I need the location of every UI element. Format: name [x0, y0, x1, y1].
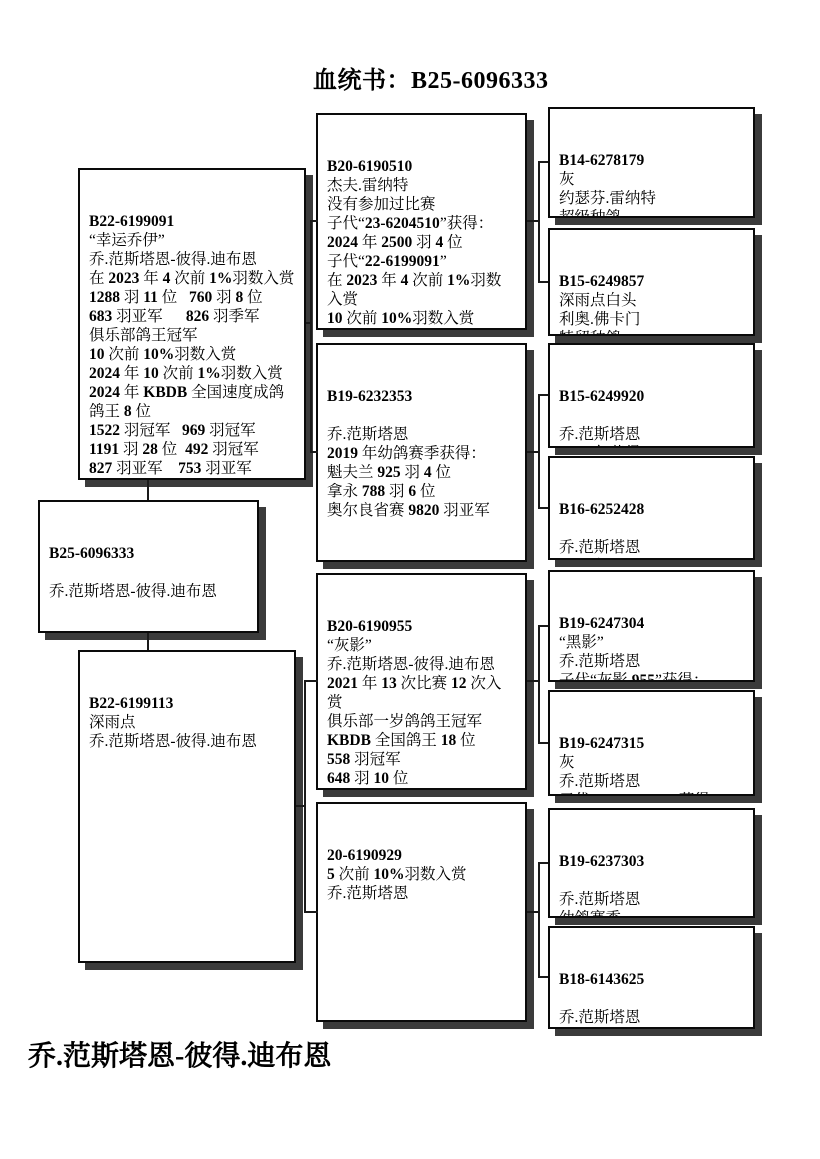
box-text: B20-6190955“灰影”乔.范斯塔恩-彼得.迪布恩2021 年 13 次比… — [327, 617, 516, 790]
pedigree-box-dam: B22-6199113深雨点乔.范斯塔恩-彼得.迪布恩 — [78, 650, 296, 963]
box-text: B22-6199113深雨点乔.范斯塔恩-彼得.迪布恩 — [89, 694, 285, 751]
box-text: B22-6199091“幸运乔伊”乔.范斯塔恩-彼得.迪布恩在 2023 年 4… — [89, 212, 295, 480]
pedigree-box-sire: B22-6199091“幸运乔伊”乔.范斯塔恩-彼得.迪布恩在 2023 年 4… — [78, 168, 306, 480]
connector-sire-to-subject — [147, 480, 149, 500]
connector-sd-dam-stub — [538, 507, 548, 509]
connector-dd-bracket — [538, 862, 540, 978]
connector-sire-dam-stub — [310, 451, 318, 453]
connector-ss-sire-stub — [538, 161, 548, 163]
pedigree-box-sd-dam: B16-6252428 乔.范斯塔恩2016 年 2864 羽亚军 — [548, 456, 755, 560]
connector-dam-sire-stub — [304, 680, 318, 682]
loft-name: 乔.范斯塔恩-彼得.迪布恩 — [28, 1034, 331, 1074]
box-text: B14-6278179灰约瑟芬.雷纳特超级种鸽 — [559, 151, 744, 218]
box-text: B19-6247315灰乔.范斯塔恩子代“20-6190955”获得：KBDB … — [559, 734, 744, 796]
connector-dd-sire-stub — [538, 862, 548, 864]
connector-sire-bracket — [310, 220, 312, 453]
pedigree-box-sd-sire: B15-6249920 乔.范斯塔恩2016 年获得：拿永 1245 羽冠军拿永… — [548, 343, 755, 448]
connector-subject-to-dam — [147, 633, 149, 650]
pedigree-box-dam-sire: B20-6190955“灰影”乔.范斯塔恩-彼得.迪布恩2021 年 13 次比… — [316, 573, 527, 790]
box-text: B16-6252428 乔.范斯塔恩2016 年 2864 羽亚军 — [559, 500, 744, 560]
pedigree-box-sire-dam: B19-6232353 乔.范斯塔恩2019 年幼鸽赛季获得：魁夫兰 925 羽… — [316, 343, 527, 562]
connector-ds-sire-stub — [538, 625, 548, 627]
connector-dd-dam-stub — [538, 976, 548, 978]
pedigree-box-ds-dam: B19-6247315灰乔.范斯塔恩子代“20-6190955”获得：KBDB … — [548, 690, 755, 796]
box-text: B20-6190510杰夫.雷纳特没有参加过比赛子代“23-6204510”获得… — [327, 157, 516, 330]
connector-ds-bracket — [538, 625, 540, 744]
pedigree-page: 血统书：B25-6096333 B25-6096333 乔.范斯塔恩-彼得.迪布… — [0, 0, 820, 1159]
connector-ss-bracket — [538, 161, 540, 283]
pedigree-box-dam-dam: 20-61909295 次前 10%羽数入赏乔.范斯塔恩 — [316, 802, 527, 1022]
connector-dam-bracket — [304, 680, 306, 913]
pedigree-box-dd-dam: B18-6143625 乔.范斯塔恩 — [548, 926, 755, 1029]
page-title: 血统书：B25-6096333 — [313, 60, 549, 95]
pedigree-box-ss-sire: B14-6278179灰约瑟芬.雷纳特超级种鸽 — [548, 107, 755, 218]
box-text: B18-6143625 乔.范斯塔恩 — [559, 970, 744, 1027]
connector-dam-dam-stub — [304, 911, 318, 913]
connector-sd-sire-stub — [538, 394, 548, 396]
box-text: B19-6232353 乔.范斯塔恩2019 年幼鸽赛季获得：魁夫兰 925 羽… — [327, 387, 516, 520]
connector-ds-dam-stub — [538, 742, 548, 744]
pedigree-box-dd-sire: B19-6237303 乔.范斯塔恩幼鸽赛季3 次前 1%羽数入赏6 次前 10… — [548, 808, 755, 918]
box-text: B19-6247304“黑影”乔.范斯塔恩子代“灰影 955”获得：俱乐部鸽王冠… — [559, 614, 744, 682]
connector-sire-sire-stub — [310, 220, 318, 222]
pedigree-box-ss-dam: B15-6249857深雨点白头利奥.佛卡门特留种鸽利奥.贺尔曼品系 — [548, 228, 755, 336]
box-text: B15-6249857深雨点白头利奥.佛卡门特留种鸽利奥.贺尔曼品系 — [559, 272, 744, 336]
pedigree-box-ds-sire: B19-6247304“黑影”乔.范斯塔恩子代“灰影 955”获得：俱乐部鸽王冠… — [548, 570, 755, 682]
connector-ss-dam-stub — [538, 281, 548, 283]
pedigree-box-sire-sire: B20-6190510杰夫.雷纳特没有参加过比赛子代“23-6204510”获得… — [316, 113, 527, 330]
box-text: B15-6249920 乔.范斯塔恩2016 年获得：拿永 1245 羽冠军拿永… — [559, 387, 744, 448]
box-text: B19-6237303 乔.范斯塔恩幼鸽赛季3 次前 1%羽数入赏6 次前 10… — [559, 852, 744, 918]
box-text: 20-61909295 次前 10%羽数入赏乔.范斯塔恩 — [327, 846, 516, 903]
pedigree-box-subject: B25-6096333 乔.范斯塔恩-彼得.迪布恩 — [38, 500, 259, 633]
connector-sd-bracket — [538, 394, 540, 509]
box-text: B25-6096333 乔.范斯塔恩-彼得.迪布恩 — [49, 544, 248, 601]
